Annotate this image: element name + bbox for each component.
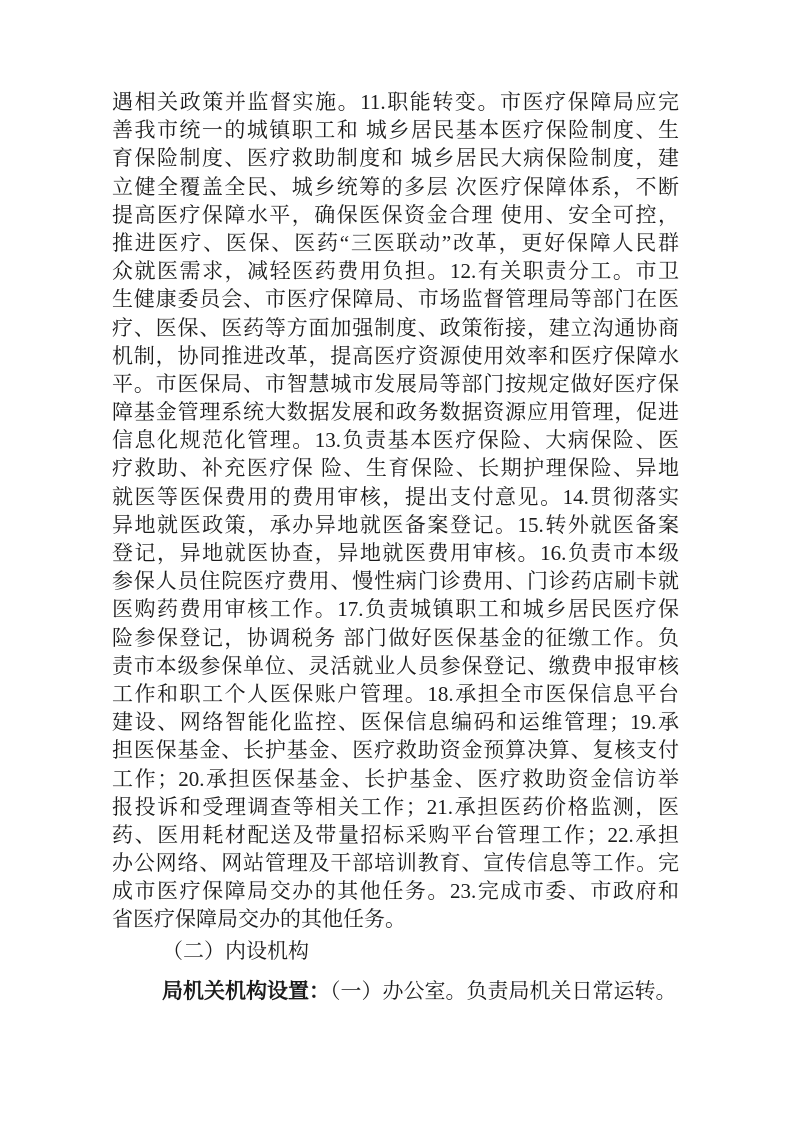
body-line: 障基金管理系统大数据发展和政务数据资源应用管理，促进 — [112, 398, 679, 426]
main-paragraph: 遇相关政策并监督实施。11.职能转变。市医疗保障局应完 善我市统一的城镇职工和 … — [112, 88, 679, 934]
body-line: 责市本级参保单位、灵活就业人员参保登记、缴费申报审核 — [112, 652, 679, 680]
org-setup-paragraph: 局机关机构设置：（一）办公室。负责局机关日常运转。 — [112, 977, 679, 1005]
body-line: 立健全覆盖全民、城乡统筹的多层 次医疗保障体系，不断 — [112, 173, 679, 201]
body-line: 众就医需求，减轻医药费用负担。12.有关职责分工。市卫 — [112, 257, 679, 285]
body-line: 提高医疗保障水平，确保医保资金合理 使用、安全可控， — [112, 201, 679, 229]
body-line: 报投诉和受理调查等相关工作；21.承担医药价格监测，医 — [112, 793, 679, 821]
body-line: 育保险制度、医疗救助制度和 城乡居民大病保险制度，建 — [112, 144, 679, 172]
body-line: 办公网络、网站管理及干部培训教育、宣传信息等工作。完 — [112, 849, 679, 877]
body-line: 异地就医政策，承办异地就医备案登记。15.转外就医备案 — [112, 511, 679, 539]
body-line: 药、医用耗材配送及带量招标采购平台管理工作；22.承担 — [112, 821, 679, 849]
org-setup-label: 局机关机构设置： — [162, 979, 330, 1003]
body-line: 疗救助、补充医疗保 险、生育保险、长期护理保险、异地 — [112, 454, 679, 482]
body-line: 平。市医保局、市智慧城市发展局等部门按规定做好医疗保 — [112, 370, 679, 398]
body-line: 疗、医保、医药等方面加强制度、政策衔接，建立沟通协商 — [112, 314, 679, 342]
body-line: 成市医疗保障局交办的其他任务。23.完成市委、市政府和 — [112, 877, 679, 905]
org-setup-text: （一）办公室。负责局机关日常运转。 — [330, 979, 677, 1003]
document-page: 遇相关政策并监督实施。11.职能转变。市医疗保障局应完 善我市统一的城镇职工和 … — [0, 0, 793, 1122]
document-text-block: 遇相关政策并监督实施。11.职能转变。市医疗保障局应完 善我市统一的城镇职工和 … — [112, 88, 679, 1005]
body-line: 省医疗保障局交办的其他任务。 — [112, 905, 679, 933]
body-line: 推进医疗、医保、医药“三医联动”改革，更好保障人民群 — [112, 229, 679, 257]
body-line: 参保人员住院医疗费用、慢性病门诊费用、门诊药店刷卡就 — [112, 567, 679, 595]
body-line: 医购药费用审核工作。17.负责城镇职工和城乡居民医疗保 — [112, 595, 679, 623]
body-line: 遇相关政策并监督实施。11.职能转变。市医疗保障局应完 — [112, 88, 679, 116]
body-line: 建设、网络智能化监控、医保信息编码和运维管理；19.承 — [112, 708, 679, 736]
body-line: 登记，异地就医协查，异地就医费用审核。16.负责市本级 — [112, 539, 679, 567]
body-line: 善我市统一的城镇职工和 城乡居民基本医疗保险制度、生 — [112, 116, 679, 144]
body-line: 工作和职工个人医保账户管理。18.承担全市医保信息平台 — [112, 680, 679, 708]
body-line: 信息化规范化管理。13.负责基本医疗保险、大病保险、医 — [112, 426, 679, 454]
body-line: 生健康委员会、市医疗保障局、市场监督管理局等部门在医 — [112, 285, 679, 313]
body-line: 担医保基金、长护基金、医疗救助资金预算决算、复核支付 — [112, 736, 679, 764]
body-line: 就医等医保费用的费用审核，提出支付意见。14.贯彻落实 — [112, 483, 679, 511]
body-line: 险参保登记，协调税务 部门做好医保基金的征缴工作。负 — [112, 624, 679, 652]
body-line: 工作；20.承担医保基金、长护基金、医疗救助资金信访举 — [112, 765, 679, 793]
body-line: 机制，协同推进改革，提高医疗资源使用效率和医疗保障水 — [112, 342, 679, 370]
section-heading: （二）内设机构 — [112, 937, 679, 965]
